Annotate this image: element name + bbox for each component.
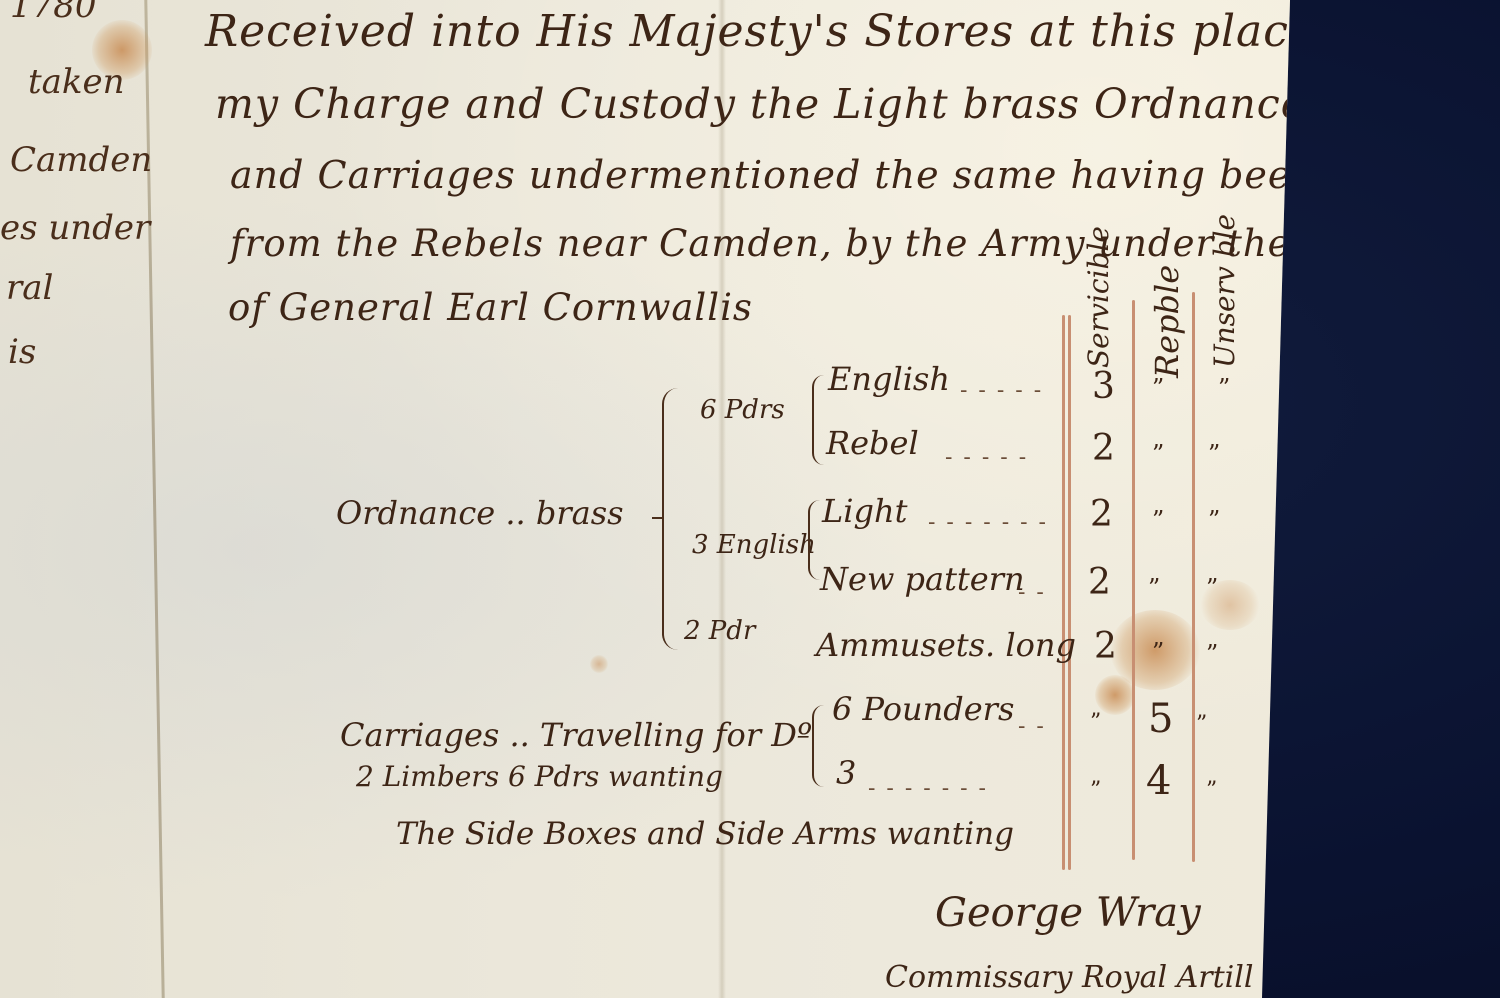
item-rebel: Rebel [826, 424, 919, 462]
body-line-3: and Carriages undermentioned the same ha… [230, 153, 1443, 197]
value-repairable: ” [1152, 440, 1164, 468]
margin-fragment: 1780 [10, 0, 97, 26]
caliber-6pdr: 6 Pdrs [700, 395, 785, 425]
manuscript-page: 1780 taken Camden es under ral is Receiv… [0, 0, 1290, 998]
column-rule-3 [1192, 292, 1195, 862]
body-line-5: of General Earl Cornwallis [228, 286, 753, 329]
ordnance-label: Ordnance .. brass [336, 494, 624, 532]
ordnance-brace [662, 388, 678, 650]
item-6-pounders: 6 Pounders [832, 690, 1014, 728]
brace-6pdr [812, 375, 824, 465]
value-unserviceable: ” [1208, 506, 1220, 534]
value-unserviceable: ” [1206, 778, 1217, 803]
foxing-stain [590, 655, 608, 673]
value-unserviceable: ” [1208, 440, 1220, 468]
leader-dots: - - - - - - - [928, 510, 1048, 535]
value-repairable: ” [1152, 374, 1164, 402]
carriages-note: 2 Limbers 6 Pdrs wanting [356, 760, 723, 793]
leader-dots: - - - - - [960, 378, 1043, 403]
brace-3-english [808, 500, 820, 580]
value-serviceable: 2 [1092, 428, 1115, 469]
leader-dots: - - [1018, 714, 1046, 739]
ordnance-brace-tip [652, 517, 664, 519]
brace-carriages [812, 705, 824, 787]
value-serviceable: ” [1090, 710, 1101, 735]
value-repairable: ” [1152, 638, 1164, 666]
leader-dots: - - - - - [945, 445, 1028, 470]
value-unserviceable: ” [1218, 374, 1230, 402]
signature-title: Commissary Royal Artill [885, 960, 1253, 995]
carriages-label: Carriages .. Travelling for Dº [340, 716, 812, 754]
margin-fragment: is [8, 332, 36, 372]
value-serviceable: 2 [1090, 494, 1113, 535]
item-light: Light [822, 492, 907, 530]
value-serviceable: 2 [1088, 562, 1111, 603]
foxing-stain [1095, 675, 1135, 715]
column-rule-1a [1062, 315, 1065, 870]
value-serviceable: 2 [1094, 626, 1117, 667]
column-rule-1b [1068, 315, 1071, 870]
column-header-repairable: Repble [1148, 265, 1186, 378]
caliber-3-english: 3 English [692, 530, 816, 560]
column-header-unserviceable: Unserv ble [1208, 214, 1241, 368]
margin-fragment: taken [28, 62, 125, 102]
value-repairable: ” [1152, 506, 1164, 534]
leader-dots: - - - - - - - [868, 776, 988, 801]
leader-dots: - - [1018, 580, 1046, 605]
value-repairable: 5 [1148, 696, 1173, 742]
footnote-side-boxes: The Side Boxes and Side Arms wanting [396, 816, 1014, 852]
margin-fragment: ral [6, 268, 53, 308]
value-unserviceable: ” [1206, 574, 1218, 602]
value-serviceable: ” [1090, 778, 1101, 803]
column-rule-2 [1132, 300, 1135, 860]
item-ammusets-long: Ammusets. long [816, 626, 1076, 664]
item-english: English [828, 360, 950, 398]
value-serviceable: 3 [1092, 366, 1115, 407]
margin-fragment: Camden [10, 140, 152, 180]
column-header-serviceable: Servicible [1082, 226, 1115, 368]
value-repairable: 4 [1146, 758, 1171, 804]
caliber-2pdr: 2 Pdr [684, 616, 755, 646]
item-3-pounders: 3 [836, 754, 856, 792]
value-unserviceable: ” [1196, 712, 1207, 737]
body-line-1: Received into His Majesty's Stores at th… [205, 6, 1422, 57]
margin-fragment: es under [0, 208, 150, 248]
value-repairable: ” [1148, 574, 1160, 602]
item-new-pattern: New pattern [820, 560, 1025, 598]
value-unserviceable: ” [1206, 640, 1218, 668]
signature-name: George Wray [935, 890, 1201, 936]
